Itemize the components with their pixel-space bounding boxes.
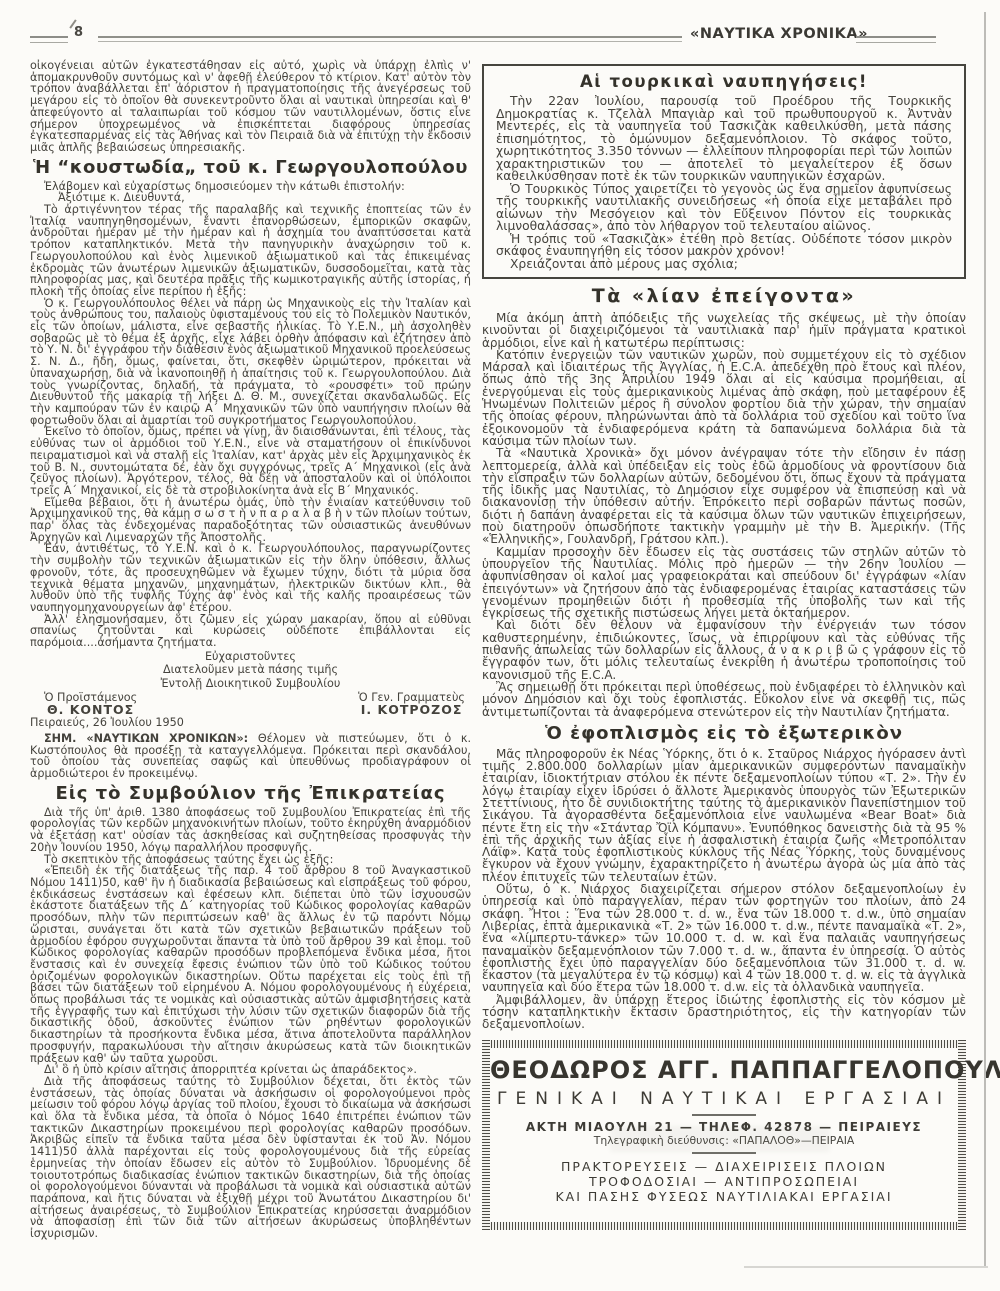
editor-note: ΣΗΜ. «ΝΑΥΤΙΚΩΝ ΧΡΟΝΙΚΩΝ»: Θέλομεν νὰ πισ… [30, 733, 471, 780]
right-column: Αἱ τουρκικαὶ ναυπηγήσεις! Τὴν 22αν Ἰουλί… [482, 64, 966, 1230]
header-rule-left [30, 36, 68, 43]
article-paragraph: Μᾶς πληροφοροῦν ἐκ Νέας Ὑόρκης, ὅτι ὁ κ.… [482, 748, 966, 883]
signature-name: Ι. ΚΟΤΡΟΖΟΣ [358, 704, 465, 716]
boxed-paragraph: Ὁ Τουρκικὸς Τύπος χαιρετίζει τὸ γεγονὸς … [496, 183, 952, 233]
ad-service-line: ΠΡΑΚΤΟΡΕΥΣΕΙΣ — ΔΙΑΧΕΙΡΙΣΕΙΣ ΠΛΟΙΩΝ [490, 1159, 958, 1174]
continuation-paragraph: οἰκογένειαι αὐτῶν ἐγκατεστάθησαν εἰς αὐτ… [30, 60, 471, 154]
article-title-efoplismos: Ὁ ἐφοπλισμὸς εἰς τὸ ἐξωτερικὸν [482, 724, 966, 744]
article-paragraph: Διὰ τῆς ἀποφάσεως ταύτης τὸ Συμβούλιον δ… [30, 1076, 471, 1240]
print-bleed-through [610, 1126, 830, 1152]
ad-divider [692, 1152, 756, 1154]
article-paragraph: Μία ἀκόμη ἁπτὴ ἀπόδειξις τῆς νωχελείας τ… [482, 312, 966, 349]
ad-service-line: ΚΑΙ ΠΑΣΗΣ ΦΥΣΕΩΣ ΝΑΥΤΙΛΙΑΚΑΙ ΕΡΓΑΣΙΑΙ [490, 1189, 958, 1204]
ad-service-line: ΤΡΟΦΟΔΟΣΙΑΙ — ΑΝΤΙΠΡΟΣΩΠΕΙΑΙ [490, 1174, 958, 1189]
scan-page-edge-right [984, 12, 986, 1268]
article-paragraph: Ἀμφιβάλλομεν, ἂν ὑπάρχῃ ἕτερος ἰδιώτης ἐ… [482, 994, 966, 1031]
ad-services: ΠΡΑΚΤΟΡΕΥΣΕΙΣ — ΔΙΑΧΕΙΡΙΣΕΙΣ ΠΛΟΙΩΝ ΤΡΟΦ… [490, 1159, 958, 1204]
ad-company-name: ΘΕΟΔΩΡΟΣ ΑΓΓ. ΠΑΠΠΑΓΓΕΛΟΠΟΥΛΟΣ [490, 1057, 958, 1083]
dateline: Πειραιεύς, 26 Ἰουλίου 1950 [30, 717, 471, 729]
signature-right: Ὁ Γεν. Γραμματεὺς Ι. ΚΟΤΡΟΖΟΣ [358, 692, 465, 715]
advertisement-pappaggelopoulos: ΘΕΟΔΩΡΟΣ ΑΓΓ. ΠΑΠΠΑΓΓΕΛΟΠΟΥΛΟΣ ΓΕΝΙΚΑΙ Ν… [482, 1040, 966, 1230]
newspaper-page: 8 «ΝΑΥΤΙΚΑ ΧΡΟΝΙΚΑ» οἰκογένειαι αὐτῶν ἐγ… [0, 0, 1000, 1291]
article-paragraph: Τὰ «Ναυτικὰ Χρονικὰ» ὄχι μόνον ἀνέγραψαν… [482, 447, 966, 545]
article-paragraph: Καμμίαν προσοχὴν δὲν ἔδωσεν εἰς τὰς συστ… [482, 546, 966, 620]
boxed-paragraph: Χρειάζονται ἀπὸ μέρους μας σχόλια; [496, 258, 952, 271]
letter-paragraph: Ὁ κ. Γεωργουλόπουλος θέλει νὰ πάρῃ ὡς Μη… [30, 298, 471, 427]
letter-paragraph: Ἀλλ' ἐλησμονήσαμεν, ὅτι ζῶμεν εἰς χώραν … [30, 614, 471, 649]
signature-name: Θ. ΚΟΝΤΟΣ [44, 704, 137, 716]
article-paragraph: Ἂς σημειωθῇ ὅτι πρόκειται περὶ ὑποθέσεως… [482, 681, 966, 718]
ad-border-top [482, 1040, 966, 1048]
article-paragraph: Κατόπιν ἐνεργειῶν τῶν ναυτικῶν χωρῶν, πο… [482, 349, 966, 447]
letter-paragraph: Εἴμεθα βέβαιοι, ὅτι ἡ ἀνωτέρω ὁμάς, ὑπὸ … [30, 497, 471, 544]
letter-paragraph: Ἐκεῖνο τὸ ὁποῖον, ὅμως, πρέπει νὰ γίνῃ, … [30, 426, 471, 496]
ad-subtitle: ΓΕΝΙΚΑΙ ΝΑΥΤΙΚΑΙ ΕΡΓΑΣΙΑΙ [490, 1089, 958, 1109]
article-paragraph: Οὕτω, ὁ κ. Νιάρχος διαχειρίζεται σήμερον… [482, 883, 966, 994]
masthead-title: «ΝΑΥΤΙΚΑ ΧΡΟΝΙΚΑ» [690, 26, 842, 42]
article-paragraph: Καὶ διότι δὲν θέλουν νὰ ἐμφανίσουν τὴν ἐ… [482, 619, 966, 680]
ad-border-left [482, 1040, 490, 1230]
article-paragraph: «Ἐπειδὴ ἐκ τῆς διατάξεως τῆς παρ. 4 τοῦ … [30, 865, 471, 1064]
ad-divider [692, 1114, 756, 1116]
ad-content: ΘΕΟΔΩΡΟΣ ΑΓΓ. ΠΑΠΠΑΓΓΕΛΟΠΟΥΛΟΣ ΓΕΝΙΚΑΙ Ν… [490, 1048, 958, 1222]
article-title-epeigonta: Τὰ «λίαν ἐπείγοντα» [482, 286, 966, 307]
boxed-paragraph: Ἡ τρόπις τοῦ «Τασκιζὰκ» ἐτέθη πρὸ 8ετίας… [496, 233, 952, 258]
header-rule-right [856, 36, 936, 43]
header-rule-center [98, 36, 682, 42]
letter-paragraph: Ἐάν, ἀντιθέτως, τὸ Υ.Ε.Ν. καὶ ὁ κ. Γεωργ… [30, 543, 471, 613]
letter-closing-line: Ἐντολῇ Διοικητικοῦ Συμβουλίου [30, 678, 471, 690]
letter-closing-line: Διατελοῦμεν μετὰ πάσης τιμῆς [30, 664, 471, 676]
letter-closing-line: Εὐχαριστοῦντες [30, 651, 471, 663]
article-title-koustodia: Ἡ “κουστωδία„ τοῦ κ. Γεωργουλοπούλου [30, 158, 471, 178]
signature-left: Ὁ Προϊστάμενος Θ. ΚΟΝΤΟΣ [44, 692, 137, 715]
letter-paragraph: Τὸ ἀρτιγέννητον τέρας τῆς παραλαβῆς καὶ … [30, 204, 471, 298]
left-column: οἰκογένειαι αὐτῶν ἐγκατεστάθησαν εἰς αὐτ… [30, 60, 471, 1240]
article-paragraph: Διὰ τῆς ὑπ' ἀριθ. 1380 ἀποφάσεως τοῦ Συμ… [30, 807, 471, 854]
scan-page-edge-bottom [744, 1266, 988, 1268]
boxed-article-turkish-shipbuilding: Αἱ τουρκικαὶ ναυπηγήσεις! Τὴν 22αν Ἰουλί… [482, 64, 966, 279]
ad-border-bottom [482, 1222, 966, 1230]
boxed-article-title: Αἱ τουρκικαὶ ναυπηγήσεις! [496, 72, 952, 91]
article-title-symvoulion: Εἰς τὸ Συμβούλιον τῆς Ἐπικρατείας [30, 784, 471, 804]
boxed-paragraph: Τὴν 22αν Ἰουλίου, παρουσίᾳ τοῦ Προέδρου … [496, 95, 952, 183]
signature-row: Ὁ Προϊστάμενος Θ. ΚΟΝΤΟΣ Ὁ Γεν. Γραμματε… [30, 690, 471, 715]
page-number: 8 [74, 25, 83, 40]
